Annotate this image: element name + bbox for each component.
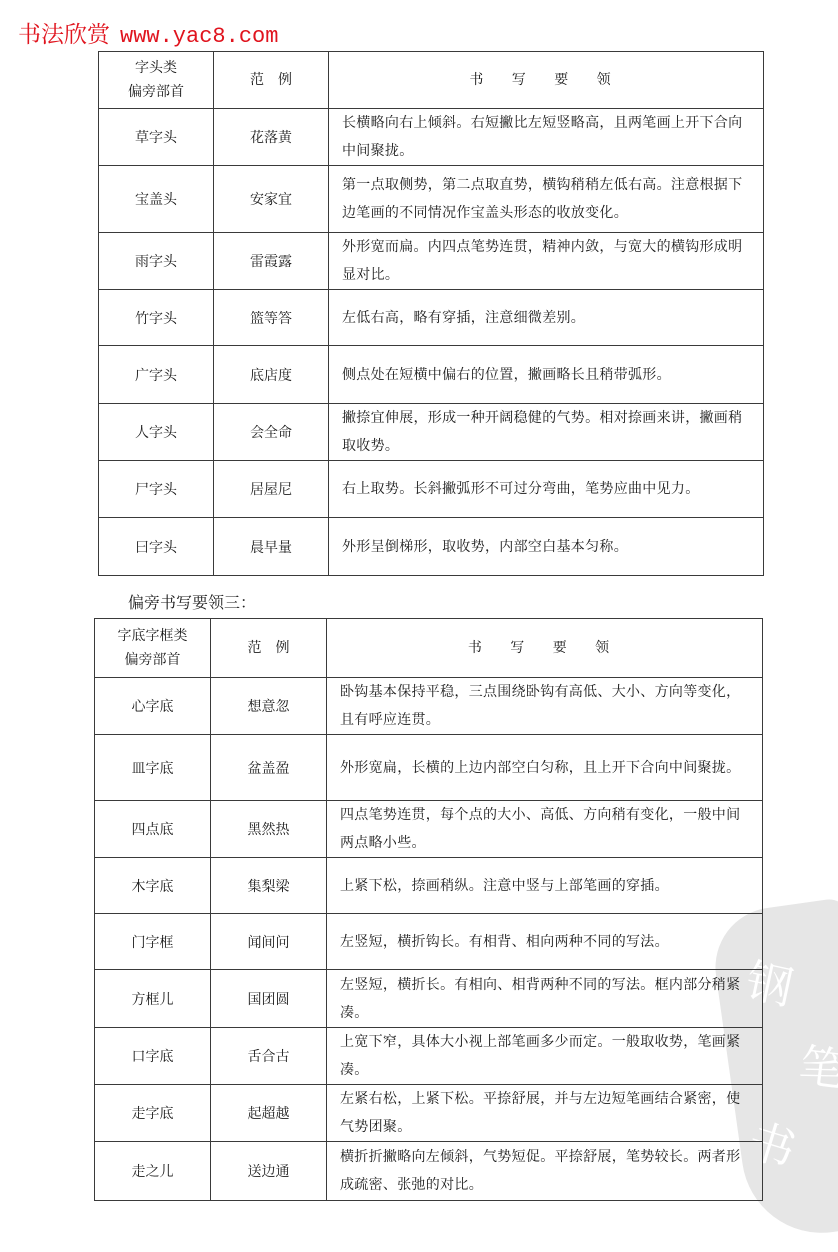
example-chars: 舌合古 [211,1028,327,1085]
example-chars: 起超越 [211,1085,327,1142]
example-chars: 盆盖盈 [211,735,327,801]
example-chars: 集梨梁 [211,858,327,914]
radical-bottom-frame-table: 字底字框类偏旁部首 范 例 书 写 要 领 心字底想意忽卧钩基本保持平稳，三点围… [94,618,763,1201]
guideline-text: 卧钩基本保持平稳，三点围绕卧钩有高低、大小、方向等变化，且有呼应连贯。 [327,678,763,735]
table-row: 尸字头居屋尼右上取势。长斜撇弧形不可过分弯曲，笔势应曲中见力。 [99,461,764,518]
table-header-row: 字底字框类偏旁部首 范 例 书 写 要 领 [95,619,763,678]
table-row: 方框儿国团圆左竖短，横折长。有相向、相背两种不同的写法。框内部分稍紧凑。 [95,970,763,1028]
radical-name: 尸字头 [99,461,214,518]
radical-name: 方框儿 [95,970,211,1028]
guideline-text: 外形宽而扁。内四点笔势连贯，精神内敛，与宽大的横钩形成明显对比。 [329,233,764,290]
table-row: 人字头会全命撇捺宜伸展，形成一种开阔稳健的气势。相对捺画来讲，撇画稍取收势。 [99,404,764,461]
header-category-line2: 偏旁部首 [128,84,184,100]
table-row: 竹字头篮等答左低右高，略有穿插，注意细微差别。 [99,290,764,346]
guideline-text: 侧点处在短横中偏右的位置，撇画略长且稍带弧形。 [329,346,764,404]
guideline-text: 左竖短，横折钩长。有相背、相向两种不同的写法。 [327,914,763,970]
table-row: 宝盖头安家宜第一点取侧势，第二点取直势，横钩稍稍左低右高。注意根据下边笔画的不同… [99,166,764,233]
header-examples: 范 例 [214,52,329,109]
guideline-text: 四点笔势连贯，每个点的大小、高低、方向稍有变化，一般中间两点略小些。 [327,801,763,858]
example-chars: 国团圆 [211,970,327,1028]
table-row: 门字框闻间问左竖短，横折钩长。有相背、相向两种不同的写法。 [95,914,763,970]
site-name: 书法欣赏 [18,22,110,48]
header-examples: 范 例 [211,619,327,678]
header-category: 字头类偏旁部首 [99,52,214,109]
table-row: 四点底黑然热四点笔势连贯，每个点的大小、高低、方向稍有变化，一般中间两点略小些。 [95,801,763,858]
guideline-text: 右上取势。长斜撇弧形不可过分弯曲，笔势应曲中见力。 [329,461,764,518]
radical-name: 走字底 [95,1085,211,1142]
guideline-text: 撇捺宜伸展，形成一种开阔稳健的气势。相对捺画来讲，撇画稍取收势。 [329,404,764,461]
example-chars: 篮等答 [214,290,329,346]
radical-name: 竹字头 [99,290,214,346]
table-row: 木字底集梨梁上紧下松，捺画稍纵。注意中竖与上部笔画的穿插。 [95,858,763,914]
example-chars: 晨早量 [214,518,329,576]
table-header-row: 字头类偏旁部首 范 例 书 写 要 领 [99,52,764,109]
radical-name: 广字头 [99,346,214,404]
radical-name: 口字底 [95,1028,211,1085]
guideline-text: 长横略向右上倾斜。右短撇比左短竖略高，且两笔画上开下合向中间聚拢。 [329,109,764,166]
guideline-text: 第一点取侧势，第二点取直势，横钩稍稍左低右高。注意根据下边笔画的不同情况作宝盖头… [329,166,764,233]
radical-name: 曰字头 [99,518,214,576]
example-chars: 居屋尼 [214,461,329,518]
table-row: 口字底舌合古上宽下窄，具体大小视上部笔画多少而定。一般取收势，笔画紧凑。 [95,1028,763,1085]
table-row: 广字头底店度侧点处在短横中偏右的位置，撇画略长且稍带弧形。 [99,346,764,404]
radical-name: 四点底 [95,801,211,858]
guideline-text: 上宽下窄，具体大小视上部笔画多少而定。一般取收势，笔画紧凑。 [327,1028,763,1085]
table-row: 曰字头晨早量外形呈倒梯形，取收势，内部空白基本匀称。 [99,518,764,576]
table-row: 走之儿送边通横折折撇略向左倾斜，气势短促。平捺舒展，笔势较长。两者形成疏密、张弛… [95,1142,763,1201]
example-chars: 安家宜 [214,166,329,233]
radical-name: 走之儿 [95,1142,211,1201]
example-chars: 想意忽 [211,678,327,735]
example-chars: 会全命 [214,404,329,461]
table-row: 草字头花落黄长横略向右上倾斜。右短撇比左短竖略高，且两笔画上开下合向中间聚拢。 [99,109,764,166]
guideline-text: 左紧右松，上紧下松。平捺舒展，并与左边短笔画结合紧密，使气势团聚。 [327,1085,763,1142]
radical-name: 木字底 [95,858,211,914]
radical-top-table: 字头类偏旁部首 范 例 书 写 要 领 草字头花落黄长横略向右上倾斜。右短撇比左… [98,51,764,576]
table-row: 皿字底盆盖盈外形宽扁，长横的上边内部空白匀称，且上开下合向中间聚拢。 [95,735,763,801]
example-chars: 送边通 [211,1142,327,1201]
guideline-text: 外形宽扁，长横的上边内部空白匀称，且上开下合向中间聚拢。 [327,735,763,801]
example-chars: 闻间问 [211,914,327,970]
watermark-glyph: 笔 [796,1029,838,1100]
radical-name: 心字底 [95,678,211,735]
header-guidelines: 书 写 要 领 [329,52,764,109]
guideline-text: 外形呈倒梯形，取收势，内部空白基本匀称。 [329,518,764,576]
header-category-line2: 偏旁部首 [125,652,181,668]
radical-name: 门字框 [95,914,211,970]
radical-name: 雨字头 [99,233,214,290]
radical-name: 宝盖头 [99,166,214,233]
table-row: 走字底起超越左紧右松，上紧下松。平捺舒展，并与左边短笔画结合紧密，使气势团聚。 [95,1085,763,1142]
example-chars: 底店度 [214,346,329,404]
site-header: 书法欣赏www.yac8.com [18,16,278,49]
header-category-line1: 字底字框类 [118,628,188,644]
header-category-line1: 字头类 [135,60,177,76]
table-row: 雨字头雷霞露外形宽而扁。内四点笔势连贯，精神内敛，与宽大的横钩形成明显对比。 [99,233,764,290]
header-category: 字底字框类偏旁部首 [95,619,211,678]
table-row: 心字底想意忽卧钩基本保持平稳，三点围绕卧钩有高低、大小、方向等变化，且有呼应连贯… [95,678,763,735]
guideline-text: 横折折撇略向左倾斜，气势短促。平捺舒展，笔势较长。两者形成疏密、张弛的对比。 [327,1142,763,1201]
guideline-text: 左低右高，略有穿插，注意细微差别。 [329,290,764,346]
example-chars: 雷霞露 [214,233,329,290]
radical-name: 皿字底 [95,735,211,801]
site-url[interactable]: www.yac8.com [120,24,278,49]
section-title: 偏旁书写要领三： [128,590,256,613]
guideline-text: 左竖短，横折长。有相向、相背两种不同的写法。框内部分稍紧凑。 [327,970,763,1028]
example-chars: 黑然热 [211,801,327,858]
radical-name: 人字头 [99,404,214,461]
header-guidelines: 书 写 要 领 [327,619,763,678]
guideline-text: 上紧下松，捺画稍纵。注意中竖与上部笔画的穿插。 [327,858,763,914]
example-chars: 花落黄 [214,109,329,166]
radical-name: 草字头 [99,109,214,166]
